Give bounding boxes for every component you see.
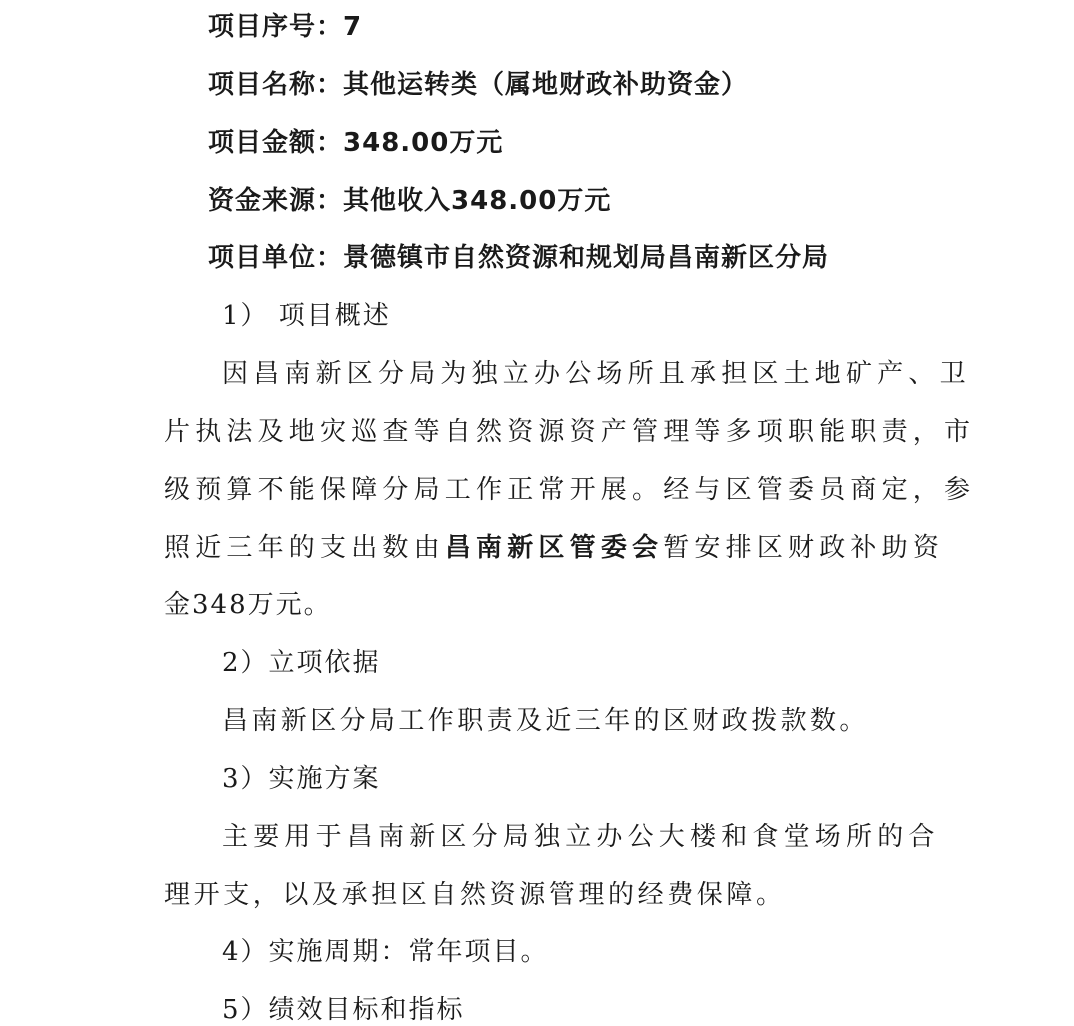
item-number-value: 7 (343, 12, 362, 42)
item-number-row: 项目序号：7 (208, 12, 362, 42)
plan-line-1: 主要用于昌南新区分局独立办公大楼和食堂场所的合 (222, 822, 940, 852)
item-name-value: 其他运转类（属地财政补助资金） (343, 70, 748, 100)
item-name-label: 项目名称： (208, 70, 343, 100)
amount-row: 项目金额：348.00万元 (208, 128, 503, 158)
unit-row: 项目单位：景德镇市自然资源和规划局昌南新区分局 (208, 243, 829, 273)
amount-label: 项目金额： (208, 128, 343, 158)
section-plan-title: 3）实施方案 (222, 764, 381, 794)
plan-line-2: 理开支，以及承担区自然资源管理的经费保障。 (164, 880, 786, 910)
overview-line-4-start: 照近三年的支出数由 (164, 533, 445, 563)
overview-line-3: 级预算不能保障分局工作正常开展。经与区管委员商定，参 (164, 475, 975, 505)
overview-line-5: 金348万元。 (164, 590, 332, 620)
overview-line-2: 片执法及地灾巡查等自然资源资产管理等多项职能职责，市 (164, 417, 975, 447)
item-name-row: 项目名称：其他运转类（属地财政补助资金） (208, 70, 748, 100)
item-number-label: 项目序号： (208, 12, 343, 42)
section-basis-title: 2）立项依据 (222, 648, 381, 678)
funding-source-row: 资金来源：其他收入348.00万元 (208, 186, 611, 216)
funding-source-label: 资金来源： (208, 186, 343, 216)
overview-line-1: 因昌南新区分局为独立办公场所且承担区土地矿产、卫 (222, 359, 971, 389)
section-period-title: 4）实施周期：常年项目。 (222, 937, 549, 967)
basis-text: 昌南新区分局工作职责及近三年的区财政拨款数。 (222, 706, 869, 736)
unit-label: 项目单位： (208, 243, 343, 273)
overview-line-4: 照近三年的支出数由昌南新区管委会暂安排区财政补助资 (164, 533, 944, 563)
overview-line-4-bold: 昌南新区管委会 (445, 533, 663, 563)
overview-line-4-end: 暂安排区财政补助资 (663, 533, 944, 563)
funding-source-value: 其他收入348.00万元 (343, 186, 611, 216)
section-goals-title: 5）绩效目标和指标 (222, 995, 465, 1025)
unit-value: 景德镇市自然资源和规划局昌南新区分局 (343, 243, 829, 273)
amount-value: 348.00万元 (343, 128, 503, 158)
section-overview-title: 1） 项目概述 (222, 301, 391, 331)
